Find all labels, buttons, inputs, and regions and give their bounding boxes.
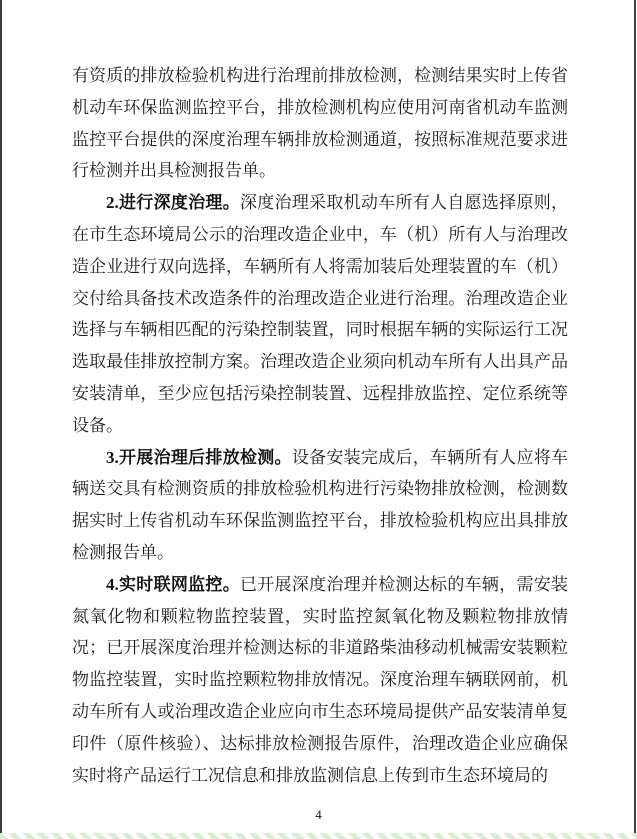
paragraph-heading: 4.实时联网监控。 [106,575,240,594]
document-body: 有资质的排放检验机构进行治理前排放检测，检测结果实时上传省机动车环保监测监控平台… [72,60,568,791]
paragraph-text: 有资质的排放检验机构进行治理前排放检测，检测结果实时上传省机动车环保监测监控平台… [72,66,568,180]
paragraph-heading: 3.开展治理后排放检测。 [106,448,292,467]
paragraph-text: 深度治理采取机动车所有人自愿选择原则，在市生态环境局公示的治理改造企业中，车（机… [72,193,568,435]
page-footer: 4 [0,806,637,824]
page-number: 4 [315,807,322,822]
paragraph-text: 已开展深度治理并检测达标的车辆，需安装氮氧化物和颗粒物监控装置，实时监控氮氧化物… [72,575,568,785]
paragraph: 有资质的排放检验机构进行治理前排放检测，检测结果实时上传省机动车环保监测监控平台… [72,60,568,187]
paragraph: 3.开展治理后排放检测。设备安装完成后，车辆所有人应将车辆送交具有检测资质的排放… [72,442,568,569]
document-page: 有资质的排放检验机构进行治理前排放检测，检测结果实时上传省机动车环保监测监控平台… [0,0,637,839]
page-right-border [634,0,636,833]
paragraph: 2.进行深度治理。深度治理采取机动车所有人自愿选择原则，在市生态环境局公示的治理… [72,187,568,441]
page-left-border [0,0,2,833]
bottom-stripe-decoration [0,833,637,839]
paragraph: 4.实时联网监控。已开展深度治理并检测达标的车辆，需安装氮氧化物和颗粒物监控装置… [72,569,568,792]
paragraph-heading: 2.进行深度治理。 [106,193,240,212]
